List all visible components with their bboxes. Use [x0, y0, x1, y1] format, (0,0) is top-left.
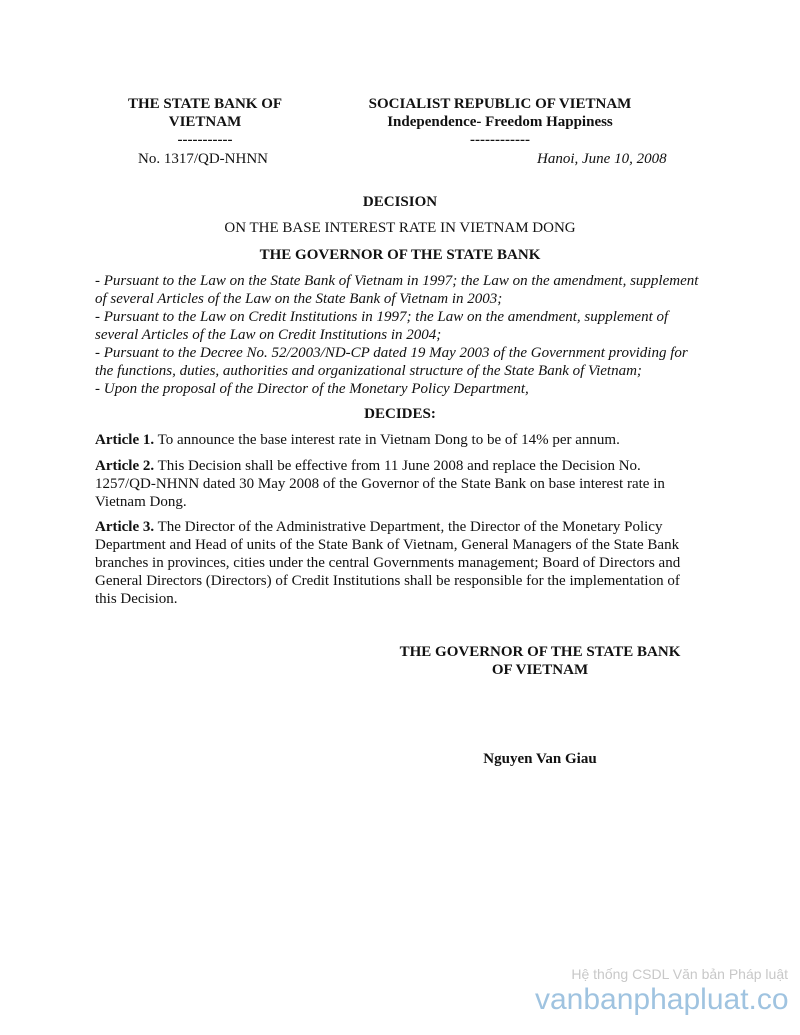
agency-divider: -----------: [105, 131, 305, 149]
signatory-title-line1: THE GOVERNOR OF THE STATE BANK: [380, 643, 700, 661]
national-title: SOCIALIST REPUBLIC OF VIETNAM Independen…: [350, 95, 650, 149]
article-3: Article 3. The Director of the Administr…: [95, 518, 700, 608]
document-number: No. 1317/QD-NHNN: [138, 150, 268, 168]
nation-divider: ------------: [350, 131, 650, 149]
article-label: Article 3.: [95, 519, 154, 535]
issuer-heading: THE GOVERNOR OF THE STATE BANK: [0, 246, 800, 264]
agency-line2: VIETNAM: [105, 113, 305, 131]
signatory-title-line2: OF VIETNAM: [380, 661, 700, 679]
article-label: Article 2.: [95, 458, 154, 474]
article-2: Article 2. This Decision shall be effect…: [95, 457, 700, 511]
preamble-item: - Pursuant to the Law on Credit Institut…: [95, 308, 700, 344]
article-text: This Decision shall be effective from 11…: [95, 458, 665, 510]
article-text: To announce the base interest rate in Vi…: [154, 432, 620, 448]
preamble-item: - Pursuant to the Law on the State Bank …: [95, 272, 700, 308]
nation-line2: Independence- Freedom Happiness: [350, 113, 650, 131]
signatory-name: Nguyen Van Giau: [440, 750, 640, 768]
issuing-agency: THE STATE BANK OF VIETNAM -----------: [105, 95, 305, 149]
document-date: Hanoi, June 10, 2008: [537, 150, 667, 168]
document-subtitle: ON THE BASE INTEREST RATE IN VIETNAM DON…: [0, 219, 800, 237]
nation-line1: SOCIALIST REPUBLIC OF VIETNAM: [350, 95, 650, 113]
document-title: DECISION: [0, 193, 800, 211]
preamble-item: - Upon the proposal of the Director of t…: [95, 380, 700, 398]
decides-heading: DECIDES:: [0, 405, 800, 423]
article-1: Article 1. To announce the base interest…: [95, 431, 700, 449]
signatory-title: THE GOVERNOR OF THE STATE BANK OF VIETNA…: [380, 643, 700, 679]
agency-line1: THE STATE BANK OF: [105, 95, 305, 113]
article-label: Article 1.: [95, 432, 154, 448]
article-text: The Director of the Administrative Depar…: [95, 519, 680, 607]
watermark-site: vanbanphapluat.co: [535, 983, 800, 1017]
watermark-caption: Hệ thống CSDL Văn bản Pháp luật: [571, 966, 788, 982]
preamble-item: - Pursuant to the Decree No. 52/2003/ND-…: [95, 344, 700, 380]
preamble: - Pursuant to the Law on the State Bank …: [95, 272, 700, 398]
